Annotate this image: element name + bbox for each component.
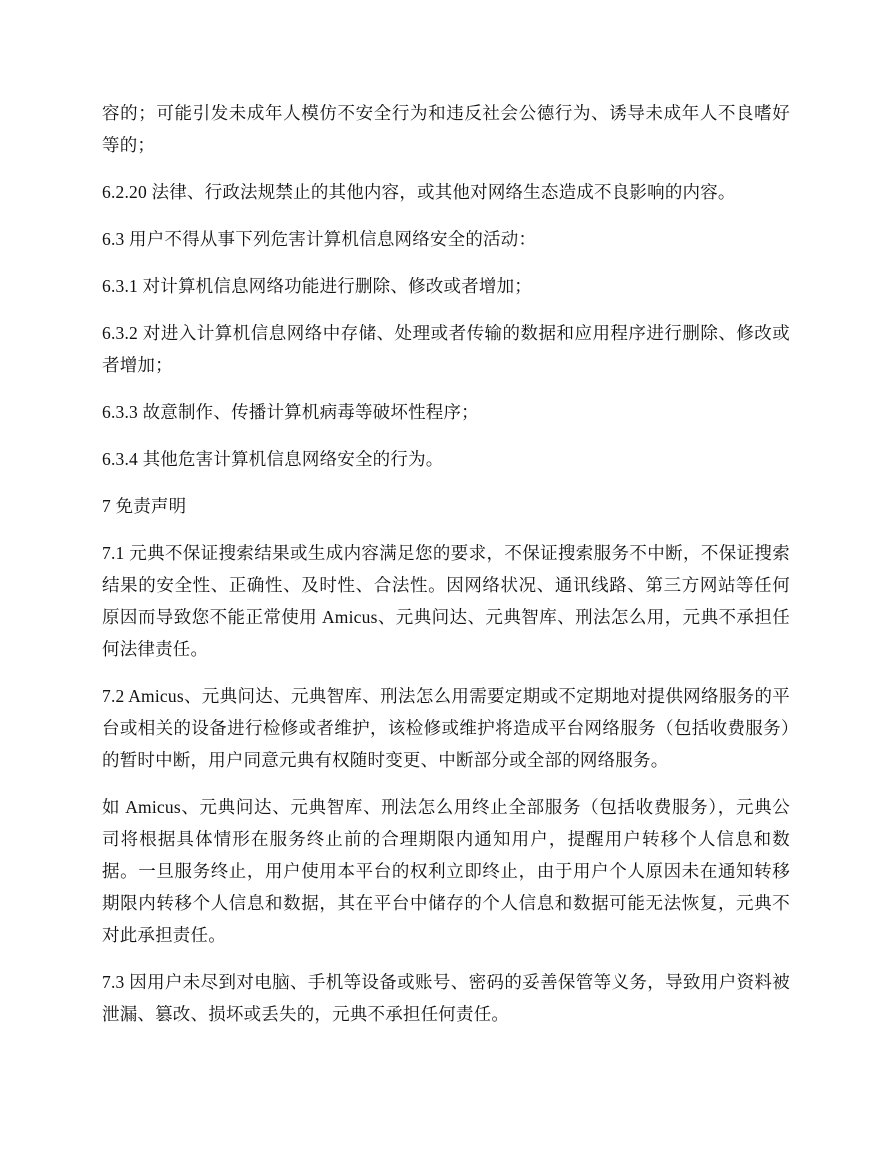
- clause-6-3-2: 6.3.2 对进入计算机信息网络中存储、处理或者传输的数据和应用程序进行删除、修…: [102, 317, 790, 381]
- clause-continuation-text: 容的；可能引发未成年人模仿不安全行为和违反社会公德行为、诱导未成年人不良嗜好等的…: [102, 97, 790, 161]
- clause-7-2-continuation: 如 Amicus、元典问达、元典智库、刑法怎么用终止全部服务（包括收费服务），元…: [102, 791, 790, 951]
- clause-6-3-4: 6.3.4 其他危害计算机信息网络安全的行为。: [102, 443, 790, 475]
- clause-6-3-3: 6.3.3 故意制作、传播计算机病毒等破坏性程序；: [102, 396, 790, 428]
- document-page: 容的；可能引发未成年人模仿不安全行为和违反社会公德行为、诱导未成年人不良嗜好等的…: [0, 0, 892, 1155]
- clause-7-1: 7.1 元典不保证搜索结果或生成内容满足您的要求，不保证搜索服务不中断，不保证搜…: [102, 537, 790, 665]
- clause-7-3: 7.3 因用户未尽到对电脑、手机等设备或账号、密码的妥善保管等义务，导致用户资料…: [102, 966, 790, 1030]
- section-7-heading: 7 免责声明: [102, 490, 790, 522]
- clause-6-3-1: 6.3.1 对计算机信息网络功能进行删除、修改或者增加；: [102, 270, 790, 302]
- clause-6-3: 6.3 用户不得从事下列危害计算机信息网络安全的活动：: [102, 223, 790, 255]
- clause-7-2: 7.2 Amicus、元典问达、元典智库、刑法怎么用需要定期或不定期地对提供网络…: [102, 680, 790, 776]
- clause-6-2-20: 6.2.20 法律、行政法规禁止的其他内容，或其他对网络生态造成不良影响的内容。: [102, 176, 790, 208]
